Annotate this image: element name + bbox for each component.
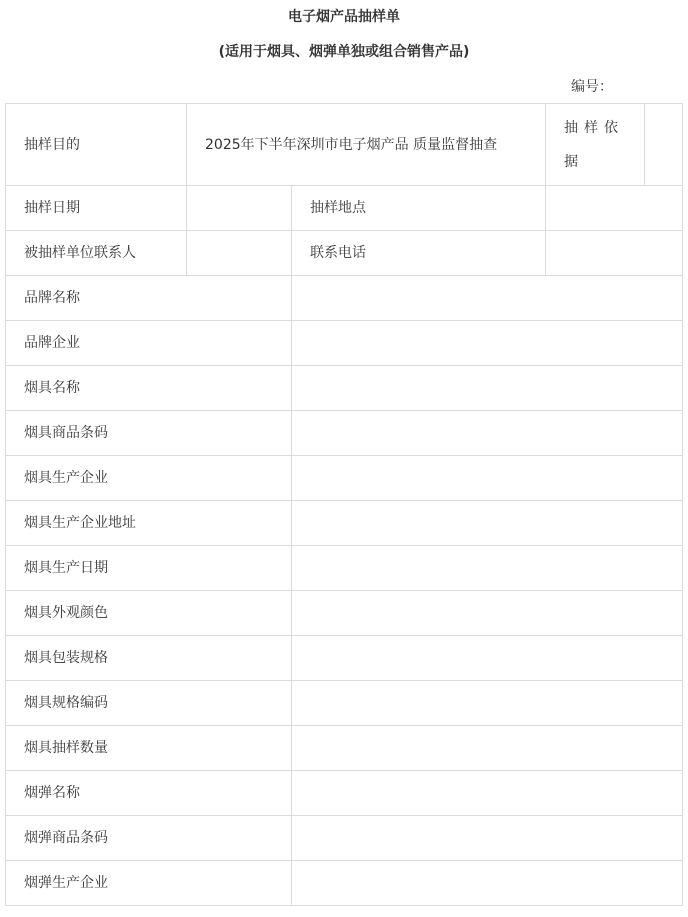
row-label: 品牌名称: [6, 276, 292, 321]
row-label: 烟具规格编码: [6, 681, 292, 726]
row-value[interactable]: [292, 591, 683, 636]
row-value[interactable]: [292, 681, 683, 726]
form-subtitle: (适用于烟具、烟弹单独或组合销售产品): [0, 41, 688, 63]
row-label: 烟具外观颜色: [6, 591, 292, 636]
sampling-date-value[interactable]: [187, 186, 292, 231]
row-value[interactable]: [292, 366, 683, 411]
table-row: 烟弹生产企业: [6, 861, 683, 906]
contact-person-label: 被抽样单位联系人: [6, 231, 187, 276]
row-label: 烟具名称: [6, 366, 292, 411]
sampling-purpose-label: 抽样目的: [6, 104, 187, 186]
table-row: 烟具名称: [6, 366, 683, 411]
row-value[interactable]: [292, 546, 683, 591]
table-row: 品牌企业: [6, 321, 683, 366]
row-value[interactable]: [292, 501, 683, 546]
row-label: 烟具生产日期: [6, 546, 292, 591]
contact-phone-value[interactable]: [546, 231, 683, 276]
row-value[interactable]: [292, 771, 683, 816]
table-row: 烟具规格编码: [6, 681, 683, 726]
sampling-date-label: 抽样日期: [6, 186, 187, 231]
form-number-label: 编号：: [571, 76, 613, 98]
row-contact: 被抽样单位联系人 联系电话: [6, 231, 683, 276]
row-value[interactable]: [292, 861, 683, 906]
contact-phone-label: 联系电话: [292, 231, 546, 276]
row-date-location: 抽样日期 抽样地点: [6, 186, 683, 231]
sampling-location-label: 抽样地点: [292, 186, 546, 231]
row-label: 烟具生产企业地址: [6, 501, 292, 546]
table-row: 烟具生产企业: [6, 456, 683, 501]
sampling-purpose-value[interactable]: 2025年下半年深圳市电子烟产品 质量监督抽查: [187, 104, 546, 186]
row-value[interactable]: [292, 276, 683, 321]
row-value[interactable]: [292, 636, 683, 681]
sampling-form-table: 抽样目的 2025年下半年深圳市电子烟产品 质量监督抽查 抽样依据 抽样日期 抽…: [5, 103, 683, 906]
contact-person-value[interactable]: [187, 231, 292, 276]
row-label: 烟具生产企业: [6, 456, 292, 501]
sampling-basis-label: 抽样依据: [546, 104, 645, 186]
row-label: 烟具包装规格: [6, 636, 292, 681]
row-value[interactable]: [292, 456, 683, 501]
table-row: 烟具商品条码: [6, 411, 683, 456]
table-row: 烟弹名称: [6, 771, 683, 816]
table-row: 品牌名称: [6, 276, 683, 321]
table-row: 烟具外观颜色: [6, 591, 683, 636]
row-label: 烟弹商品条码: [6, 816, 292, 861]
row-label: 烟具商品条码: [6, 411, 292, 456]
row-value[interactable]: [292, 816, 683, 861]
row-label: 烟弹生产企业: [6, 861, 292, 906]
row-label: 烟弹名称: [6, 771, 292, 816]
form-title: 电子烟产品抽样单: [0, 6, 688, 28]
row-value[interactable]: [292, 321, 683, 366]
row-label: 品牌企业: [6, 321, 292, 366]
row-value[interactable]: [292, 411, 683, 456]
row-value[interactable]: [292, 726, 683, 771]
table-row: 烟具生产企业地址: [6, 501, 683, 546]
table-row: 烟具生产日期: [6, 546, 683, 591]
table-row: 烟具抽样数量: [6, 726, 683, 771]
row-sampling-purpose: 抽样目的 2025年下半年深圳市电子烟产品 质量监督抽查 抽样依据: [6, 104, 683, 186]
table-row: 烟弹商品条码: [6, 816, 683, 861]
sampling-basis-value[interactable]: [645, 104, 683, 186]
table-row: 烟具包装规格: [6, 636, 683, 681]
sampling-location-value[interactable]: [546, 186, 683, 231]
row-label: 烟具抽样数量: [6, 726, 292, 771]
